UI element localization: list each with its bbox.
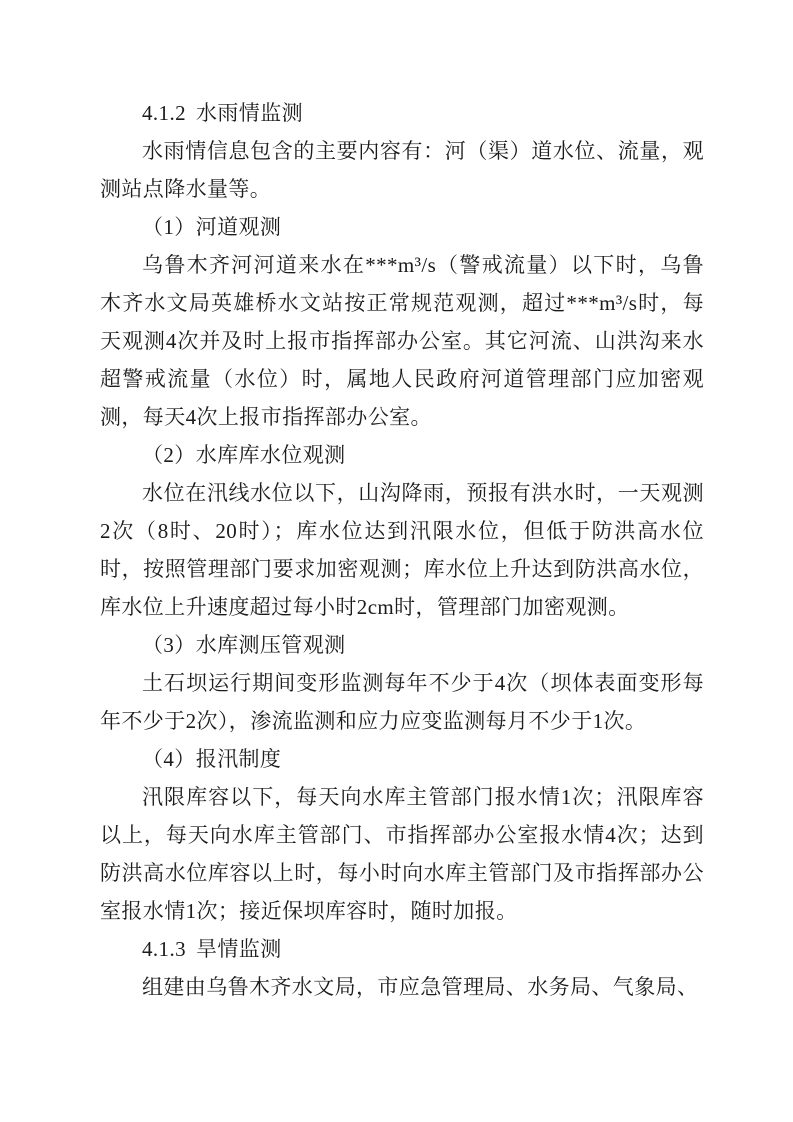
section-number: 4.1.3 (142, 937, 186, 961)
body-paragraph: 土石坝运行期间变形监测每年不少于4次（坝体表面变形每年不少于2次），渗流监测和应… (100, 664, 704, 740)
list-item-heading: （1）河道观测 (100, 208, 704, 246)
body-paragraph: 汛限库容以下，每天向水库主管部门报水情1次；汛限库容以上，每天向水库主管部门、市… (100, 778, 704, 930)
document-page: 4.1.2水雨情监测水雨情信息包含的主要内容有：河（渠）道水位、流量，观测站点降… (0, 0, 793, 1122)
document-content: 4.1.2水雨情监测水雨情信息包含的主要内容有：河（渠）道水位、流量，观测站点降… (100, 94, 704, 1006)
body-paragraph: 乌鲁木齐河河道来水在***m³/s（警戒流量）以下时，乌鲁木齐水文局英雄桥水文站… (100, 246, 704, 436)
section-title: 水雨情监测 (196, 101, 303, 125)
list-item-heading: （4）报汛制度 (100, 740, 704, 778)
body-paragraph: 水雨情信息包含的主要内容有：河（渠）道水位、流量，观测站点降水量等。 (100, 132, 704, 208)
list-item-heading: （2）水库库水位观测 (100, 436, 704, 474)
section-heading: 4.1.3旱情监测 (100, 930, 704, 968)
body-paragraph: 水位在汛线水位以下，山沟降雨，预报有洪水时，一天观测2次（8时、20时）；库水位… (100, 474, 704, 626)
section-heading: 4.1.2水雨情监测 (100, 94, 704, 132)
list-item-heading: （3）水库测压管观测 (100, 626, 704, 664)
section-number: 4.1.2 (142, 101, 186, 125)
section-title: 旱情监测 (196, 937, 282, 961)
body-paragraph: 组建由乌鲁木齐水文局，市应急管理局、水务局、气象局、 (100, 968, 704, 1006)
